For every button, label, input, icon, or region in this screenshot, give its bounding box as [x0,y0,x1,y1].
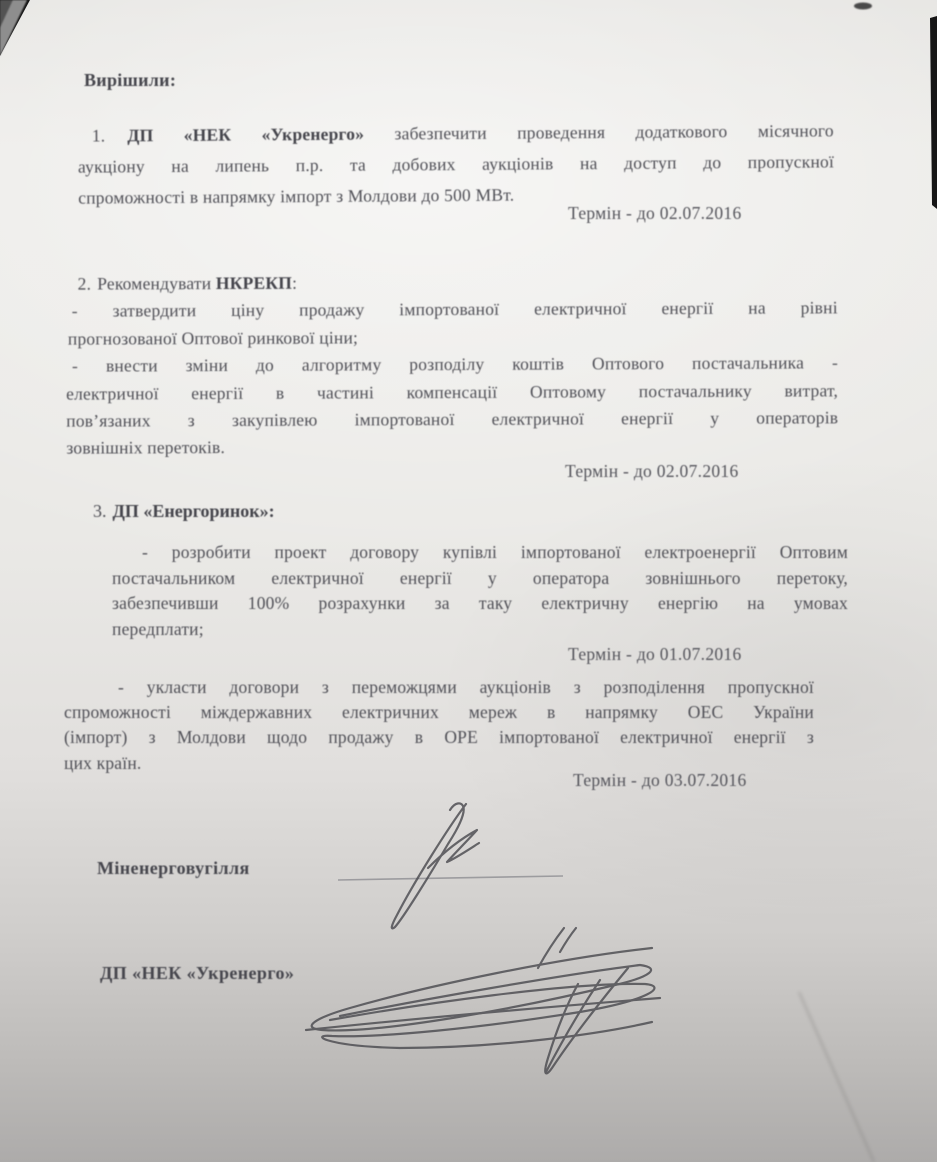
item1-line1-rest: забезпечити проведення додаткового місяч… [394,120,833,143]
deadline-2: Термін - до 02.07.2016 [565,461,739,482]
item2-heading: 2.Рекомендувати НКРЕКП: [66,267,838,298]
item3-sub2-line2: спроможності міждержавних електричних ме… [64,700,814,725]
item3-head-colon: : [269,501,275,521]
item3-sub2: - укласти договори з переможцями аукціон… [64,675,814,776]
item3-sub1: - розробити проект договору купівлі імпо… [112,540,848,642]
item3-sub2-line3: (імпорт) з Молдови щодо продажу в ОРЕ ім… [64,725,814,750]
item3-sub1-line1: - розробити проект договору купівлі імпо… [112,540,848,566]
item2-number: 2. [78,274,92,294]
decided-heading: Вирішили: [84,70,176,91]
decision-item-2: 2.Рекомендувати НКРЕКП: - затвердити цін… [66,267,839,462]
item3-sub1-line4: передплати; [112,617,848,643]
item2-head-bold: НКРЕКП [216,273,292,293]
item1-company-bold: ДП «НЕК «Укренерго» [127,124,364,146]
item3-heading: 3.ДП «Енергоринок»: [93,501,275,522]
item1-number: 1. [92,125,106,145]
item2-head-pre: Рекомендувати [97,273,211,293]
item1-line2: аукціону на липень п.р. та добових аукці… [78,146,834,182]
item3-sub1-line2: постачальником електричної енергії у опе… [112,566,848,592]
deadline-4: Термін - до 03.07.2016 [573,770,747,791]
item2-sub1-line1: - затвердити ціну продажу імпортованої е… [66,295,838,326]
deadline-3: Термін - до 01.07.2016 [568,644,742,665]
item2-sub2-line1: - внести зміни до алгоритму розподілу ко… [66,350,838,381]
item2-head-colon: : [292,273,297,293]
item2-sub2-line4: зовнішніх перетоків. [66,432,838,463]
signatory-company-label: ДП «НЕК «Укренерго» [100,963,294,984]
item3-sub2-line1: - укласти договори з переможцями аукціон… [64,675,814,700]
decision-item-1: 1.ДП «НЕК «Укренерго» забезпечити провед… [78,115,835,213]
item2-sub2-line2: електричної енергії в частині компенсаці… [66,377,838,408]
document-content: Вирішили: 1.ДП «НЕК «Укренерго» забезпеч… [0,0,937,1162]
item2-sub2-line3: пов’язаних з закупівлею імпортованої еле… [66,404,838,435]
item2-sub1-line2: прогнозованої Оптової ринкової ціни; [66,322,838,353]
item3-sub1-line3: забезпечивши 100% розрахунки за таку еле… [112,591,848,617]
deadline-1: Термін - до 02.07.2016 [568,203,742,224]
item3-number: 3. [93,501,107,521]
item3-head-bold: ДП «Енергоринок» [113,501,269,521]
signatory-ministry-label: Міненерговугілля [97,858,250,879]
document-photo: Вирішили: 1.ДП «НЕК «Укренерго» забезпеч… [0,0,937,1162]
